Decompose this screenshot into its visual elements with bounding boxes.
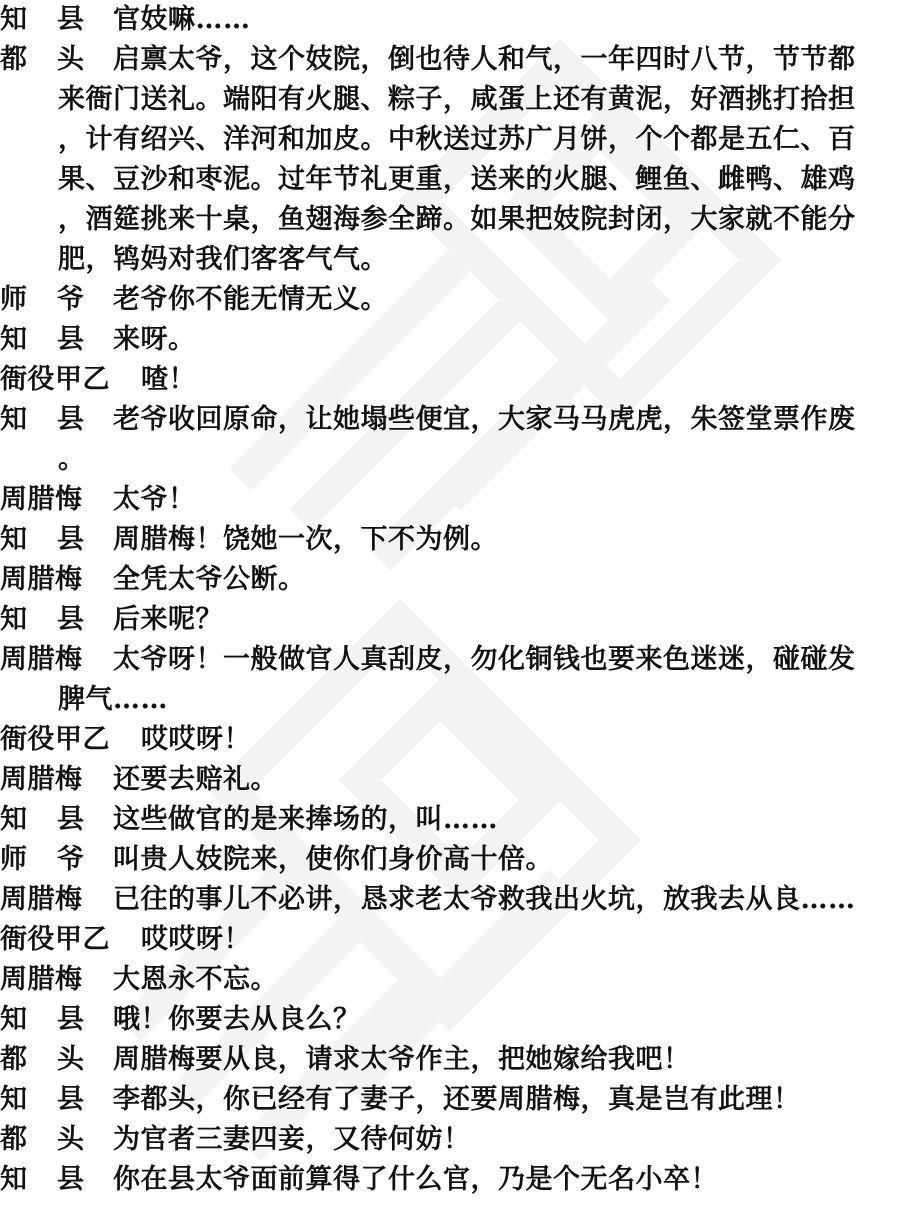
speaker-char: 师 [0, 840, 28, 880]
speaker-char: 知 [0, 1080, 28, 1120]
speaker-char: 县 [57, 800, 85, 840]
speaker-char: 师 [0, 280, 28, 320]
dialogue-text: 还要去赔礼。 [113, 760, 278, 800]
speaker-name: 周腊梅 [0, 560, 83, 600]
speaker-char: 县 [57, 0, 85, 40]
speaker-char: 都 [0, 40, 28, 80]
dialogue-text: 肥，鸨妈对我们客客气气。 [58, 240, 388, 280]
speaker-name: 衙役甲乙 [0, 360, 110, 400]
dialogue-text: 已往的事儿不必讲，恳求老太爷救我出火坑，放我去从良…… [113, 880, 856, 920]
speaker-char: 县 [57, 600, 85, 640]
speaker-char: 知 [0, 320, 28, 360]
dialogue-text: 老爷收回原命，让她塌些便宜，大家马马虎虎，朱签堂票作废 [113, 400, 856, 440]
speaker-char: 知 [0, 0, 28, 40]
speaker-char: 县 [57, 320, 85, 360]
dialogue-text: 哎哎呀！ [141, 720, 251, 760]
dialogue-text: 李都头，你已经有了妻子，还要周腊梅，真是岂有此理！ [113, 1080, 801, 1120]
dialogue-text: 启禀太爷，这个妓院，倒也待人和气，一年四时八节，节节都 [113, 40, 856, 80]
dialogue-text: 太爷！ [113, 480, 196, 520]
dialogue-text: 为官者三妻四妾，又待何妨！ [113, 1120, 471, 1160]
dialogue-text: ，计有绍兴、洋河和加皮。中秋送过苏广月饼，个个都是五仁、百 [58, 120, 856, 160]
dialogue-text: 周腊梅！饶她一次，下不为例。 [113, 520, 498, 560]
speaker-name: 周腊梅 [0, 960, 83, 1000]
speaker-name: 周腊梅 [0, 640, 83, 680]
speaker-char: 都 [0, 1120, 28, 1160]
dialogue-text: 后来呢？ [113, 600, 223, 640]
speaker-char: 县 [57, 520, 85, 560]
dialogue-text: 喳！ [141, 360, 196, 400]
speaker-char: 知 [0, 800, 28, 840]
dialogue-text: 来衙门送礼。端阳有火腿、粽子，咸蛋上还有黄泥，好酒挑打拾担 [58, 80, 856, 120]
dialogue-text: 全凭太爷公断。 [113, 560, 306, 600]
speaker-char: 爷 [57, 280, 85, 320]
speaker-char: 知 [0, 400, 28, 440]
dialogue-text: 来呀。 [113, 320, 196, 360]
dialogue-text: 果、豆沙和枣泥。过年节礼更重，送来的火腿、鲤鱼、雌鸭、雄鸡 [58, 160, 856, 200]
speaker-name: 衙役甲乙 [0, 720, 110, 760]
dialogue-text: 。 [58, 440, 86, 480]
speaker-char: 知 [0, 600, 28, 640]
speaker-char: 县 [57, 1160, 85, 1200]
speaker-char: 知 [0, 520, 28, 560]
dialogue-text: 官妓嘛…… [113, 0, 251, 40]
speaker-char: 知 [0, 1000, 28, 1040]
speaker-char: 头 [57, 1120, 85, 1160]
speaker-char: 知 [0, 1160, 28, 1200]
speaker-name: 周腊梅 [0, 880, 83, 920]
dialogue-text: ，酒筵挑来十桌，鱼翅海参全蹄。如果把妓院封闭，大家就不能分 [58, 200, 856, 240]
dialogue-text: 你在县太爷面前算得了什么官，乃是个无名小卒！ [113, 1160, 718, 1200]
speaker-char: 县 [57, 1000, 85, 1040]
speaker-name: 衙役甲乙 [0, 920, 110, 960]
dialogue-text: 叫贵人妓院来，使你们身价高十倍。 [113, 840, 553, 880]
dialogue-text: 脾气…… [58, 680, 168, 720]
speaker-char: 头 [57, 1040, 85, 1080]
speaker-name: 周腊梅 [0, 760, 83, 800]
speaker-char: 县 [57, 1080, 85, 1120]
dialogue-text: 哦！你要去从良么？ [113, 1000, 361, 1040]
dialogue-text: 哎哎呀！ [141, 920, 251, 960]
speaker-char: 爷 [57, 840, 85, 880]
speaker-name: 周腊悔 [0, 480, 83, 520]
speaker-char: 头 [57, 40, 85, 80]
dialogue-text: 老爷你不能无情无义。 [113, 280, 388, 320]
dialogue-text: 周腊梅要从良，请求太爷作主，把她嫁给我吧！ [113, 1040, 691, 1080]
speaker-char: 都 [0, 1040, 28, 1080]
dialogue-text: 大恩永不忘。 [113, 960, 278, 1000]
dialogue-text: 太爷呀！一般做官人真刮皮，勿化铜钱也要来色迷迷，碰碰发 [113, 640, 856, 680]
speaker-char: 县 [57, 400, 85, 440]
dialogue-text: 这些做官的是来捧场的，叫…… [113, 800, 498, 840]
